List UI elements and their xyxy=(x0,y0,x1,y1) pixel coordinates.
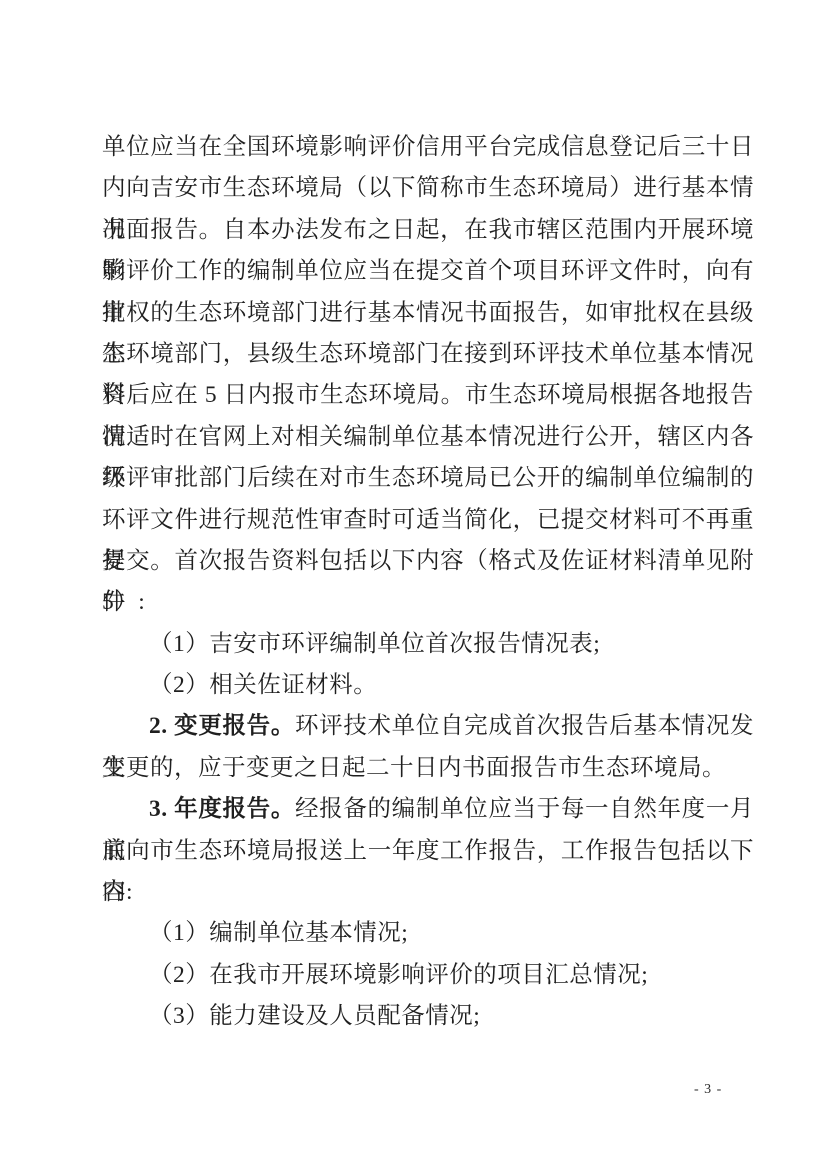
list-item: （1）吉安市环评编制单位首次报告情况表; xyxy=(102,624,754,665)
text-line: 料后应在 5 日内报市生态环境局。市生态环境局根据各地报告情 xyxy=(102,375,754,416)
section-heading-change-report: 2. 变更报告。 xyxy=(149,713,295,739)
text-line: 批权的生态环境部门进行基本情况书面报告，如审批权在县级生 xyxy=(102,293,754,334)
list-item: （2）在我市开展环境影响评价的项目汇总情况; xyxy=(102,955,754,996)
document-body: 单位应当在全国环境影响评价信用平台完成信息登记后三十日 内向吉安市生态环境局（以… xyxy=(102,127,754,1038)
text-line: 单位应当在全国环境影响评价信用平台完成信息登记后三十日 xyxy=(102,127,754,168)
text-line: 提交。首次报告资料包括以下内容（格式及佐证材料清单见附件 xyxy=(102,541,754,582)
section-heading-annual-report: 3. 年度报告。 xyxy=(149,796,295,822)
text-line: 2. 变更报告。环评技术单位自完成首次报告后基本情况发生 xyxy=(102,706,754,747)
text-line: 容: xyxy=(102,872,754,913)
text-line: 内向吉安市生态环境局（以下简称市生态环境局）进行基本情况 xyxy=(102,168,754,209)
text-line: 书面报告。自本办法发布之日起，在我市辖区范围内开展环境影 xyxy=(102,210,754,251)
text-line: 响评价工作的编制单位应当在提交首个项目环评文件时，向有审 xyxy=(102,251,754,292)
text-line: 环评审批部门后续在对市生态环境局已公开的编制单位编制的 xyxy=(102,458,754,499)
text-line: 态环境部门，县级生态环境部门在接到环评技术单位基本情况资 xyxy=(102,334,754,375)
text-line: 3. 年度报告。经报备的编制单位应当于每一自然年度一月底 xyxy=(102,789,754,830)
text-line: 前向市生态环境局报送上一年度工作报告，工作报告包括以下内 xyxy=(102,831,754,872)
page-number: - 3 - xyxy=(694,1082,722,1098)
list-item: （2）相关佐证材料。 xyxy=(102,665,754,706)
list-item: （3）能力建设及人员配备情况; xyxy=(102,996,754,1037)
text-line: 变更的，应于变更之日起二十日内书面报告市生态环境局。 xyxy=(102,748,754,789)
text-line: 环评文件进行规范性审查时可适当简化，已提交材料可不再重复 xyxy=(102,500,754,541)
list-item: （1）编制单位基本情况; xyxy=(102,913,754,954)
text-line: 5）: xyxy=(102,582,754,623)
text-line: 况适时在官网上对相关编制单位基本情况进行公开，辖区内各级 xyxy=(102,417,754,458)
document-page: 单位应当在全国环境影响评价信用平台完成信息登记后三十日 内向吉安市生态环境局（以… xyxy=(0,0,826,1169)
